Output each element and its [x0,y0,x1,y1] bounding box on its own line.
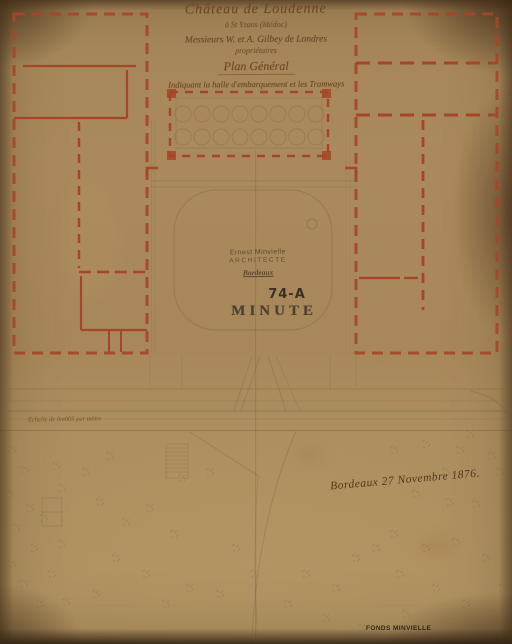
architect-city: Bordeaux [214,267,302,278]
central-chai-outline [147,89,356,176]
tramway-track-fan [234,356,300,411]
vine-marks [6,430,512,636]
architect-stamp: Ernest Minvielle ARCHITECTE Bordeaux [214,248,302,278]
architect-title: ARCHITECTE [214,256,302,265]
proprietors-line: propriétaires [86,45,426,56]
chai-inner-frame [176,98,322,148]
field-paths [190,431,296,638]
vat-circles [175,106,324,145]
archive-label: FONDS MINVIELLE [366,625,431,632]
scanned-plan-sheet: Château de Loudenne à St Yzans (Médoc) M… [0,0,512,644]
scale-note: Echelle de 0m005 par mètre [28,415,102,423]
left-terrace-corner [147,168,158,176]
title-block: Château de Loudenne à St Yzans (Médoc) M… [86,1,427,90]
chai-corner-blocks [167,89,331,160]
well-circle [307,219,317,229]
pencil-layer [0,98,512,638]
reference-number: 74-A [260,287,314,302]
hatched-area [166,444,188,478]
location-line: à St Yzans (Médoc) [86,19,426,30]
minute-stamp: MINUTE [230,303,318,320]
plan-type-line: Plan Général [86,58,426,75]
shed-sketch [42,498,62,526]
plan-drawing [0,0,512,644]
chateau-name: Château de Loudenne [86,1,426,19]
